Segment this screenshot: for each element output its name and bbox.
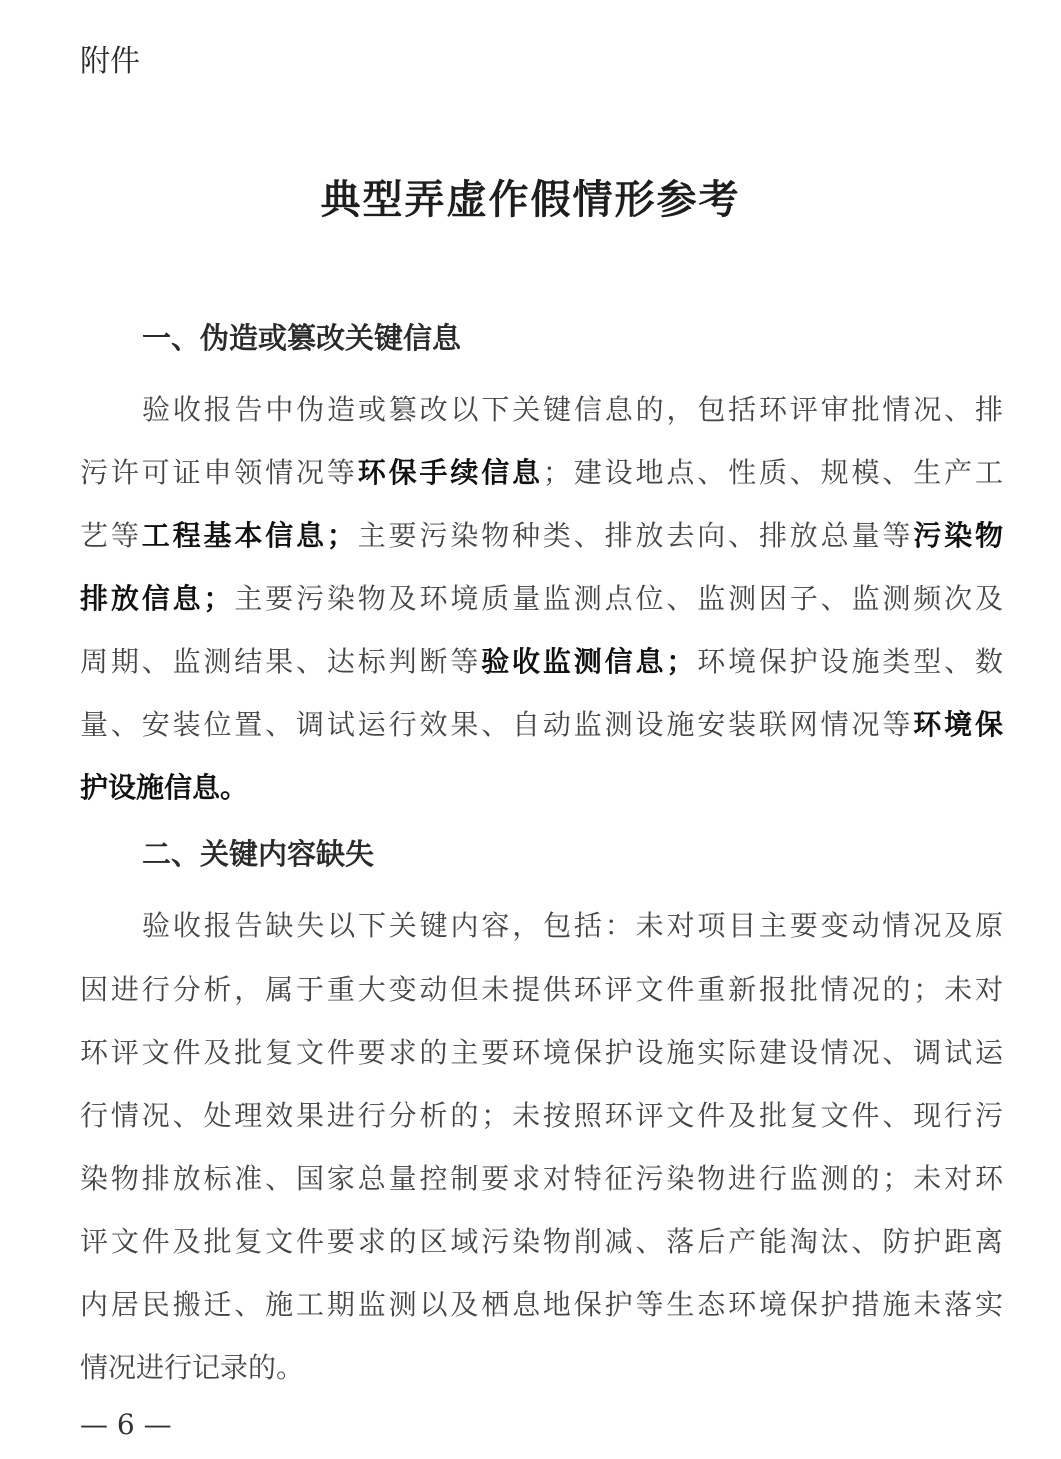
- text-run: 艺等: [80, 519, 142, 552]
- paragraph-line: 环评文件及批复文件要求的主要环境保护设施实际建设情况、调试运: [80, 1031, 1003, 1071]
- bold-text: 排放信息；: [80, 582, 231, 615]
- section-1-heading: 一、伪造或篡改关键信息: [142, 316, 461, 357]
- paragraph-line: 染物排放标准、国家总量控制要求对特征污染物进行监测的；未对环: [80, 1157, 1003, 1197]
- document-title: 典型弄虚作假情形参考: [0, 168, 1061, 225]
- section-2-heading: 二、关键内容缺失: [142, 832, 374, 873]
- bold-text: 环保手续信息: [358, 456, 543, 489]
- paragraph-line: 排放信息；主要污染物及环境质量监测点位、监测因子、监测频次及: [80, 577, 1003, 617]
- paragraph-line: 内居民搬迁、施工期监测以及栖息地保护等生态环境保护措施未落实: [80, 1283, 1003, 1323]
- bold-text: 污染物: [913, 519, 1003, 552]
- text-run: 周期、监测结果、达标判断等: [80, 645, 481, 678]
- bold-text: 验收监测信息；: [481, 645, 694, 678]
- paragraph-line: 周期、监测结果、达标判断等验收监测信息；环境保护设施类型、数: [80, 640, 1003, 680]
- bold-text: 护设施信息。: [80, 771, 248, 804]
- text-run: ；建设地点、性质、规模、生产工: [543, 456, 1003, 489]
- page-number: — 6 —: [80, 1408, 172, 1441]
- text-run: 主要污染物种类、排放去向、排放总量等: [355, 519, 913, 552]
- text-run: 主要污染物及环境质量监测点位、监测因子、监测频次及: [231, 582, 1003, 615]
- paragraph-line: 评文件及批复文件要求的区域污染物削减、落后产能淘汰、防护距离: [80, 1220, 1003, 1260]
- paragraph-line: 验收报告缺失以下关键内容，包括：未对项目主要变动情况及原: [142, 904, 1003, 944]
- paragraph-line: 艺等工程基本信息；主要污染物种类、排放去向、排放总量等污染物: [80, 514, 1003, 554]
- paragraph-line: 污许可证申领情况等环保手续信息；建设地点、性质、规模、生产工: [80, 451, 1003, 491]
- paragraph-line: 验收报告中伪造或篡改以下关键信息的，包括环评审批情况、排: [142, 388, 1003, 428]
- bold-text: 工程基本信息；: [142, 519, 355, 552]
- paragraph-line: 行情况、处理效果进行分析的；未按照环评文件及批复文件、现行污: [80, 1094, 1003, 1134]
- text-run: 验收报告中伪造或篡改以下关键信息的，包括环评审批情况、排: [142, 393, 1003, 426]
- attachment-label: 附件: [80, 36, 140, 80]
- paragraph-line: 因进行分析，属于重大变动但未提供环评文件重新报批情况的；未对: [80, 968, 1003, 1008]
- paragraph-line: 护设施信息。: [80, 766, 1003, 806]
- text-run: 环境保护设施类型、数: [694, 645, 1003, 678]
- text-run: 量、安装位置、调试运行效果、自动监测设施安装联网情况等: [80, 708, 913, 741]
- bold-text: 环境保: [913, 708, 1003, 741]
- text-run: 污许可证申领情况等: [80, 456, 358, 489]
- paragraph-line: 情况进行记录的。: [80, 1346, 1003, 1386]
- paragraph-line: 量、安装位置、调试运行效果、自动监测设施安装联网情况等环境保: [80, 703, 1003, 743]
